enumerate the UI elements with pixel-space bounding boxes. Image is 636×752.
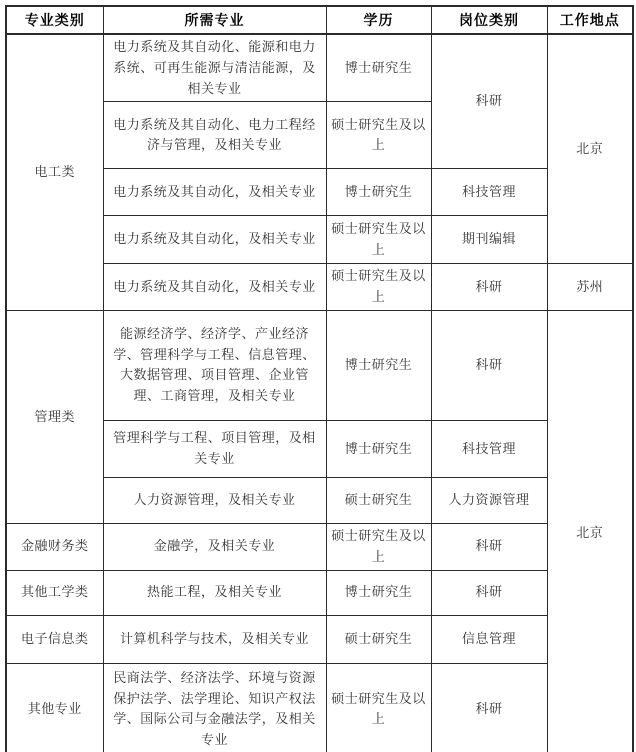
major-cell: 电力系统及其自动化，及相关专业 xyxy=(103,216,326,264)
major-cell: 能源经济学、经济学、产业经济学、管理科学与工程、信息管理、大数据管理、项目管理、… xyxy=(103,310,326,420)
major-cell: 电力系统及其自动化、能源和电力系统、可再生能源与清洁能源，及相关专业 xyxy=(103,34,326,102)
location-cell: 北京 xyxy=(547,310,633,752)
major-cell: 电力系统及其自动化，及相关专业 xyxy=(103,169,326,216)
table-row: 电工类 电力系统及其自动化、能源和电力系统、可再生能源与清洁能源，及相关专业 博… xyxy=(6,34,633,102)
position-cell: 科研 xyxy=(431,570,547,615)
recruitment-table: 专业类别 所需专业 学历 岗位类别 工作地点 电工类 电力系统及其自动化、能源和… xyxy=(5,5,634,752)
degree-cell: 硕士研究生及以上 xyxy=(326,264,431,311)
degree-cell: 博士研究生 xyxy=(326,34,431,102)
location-cell: 苏州 xyxy=(547,264,633,311)
degree-cell: 硕士研究生及以上 xyxy=(326,663,431,752)
major-cell: 人力资源管理，及相关专业 xyxy=(103,477,326,523)
position-cell: 信息管理 xyxy=(431,615,547,663)
degree-cell: 硕士研究生及以上 xyxy=(326,523,431,570)
column-header-major: 所需专业 xyxy=(103,6,326,34)
category-cell: 金融财务类 xyxy=(6,523,103,570)
table-row: 管理类 能源经济学、经济学、产业经济学、管理科学与工程、信息管理、大数据管理、项… xyxy=(6,310,633,420)
category-cell: 电工类 xyxy=(6,34,103,310)
position-cell: 人力资源管理 xyxy=(431,477,547,523)
major-cell: 民商法学、经济法学、环境与资源保护法学、法学理论、知识产权法学、国际公司与金融法… xyxy=(103,663,326,752)
position-cell: 期刊编辑 xyxy=(431,216,547,264)
degree-cell: 博士研究生 xyxy=(326,420,431,477)
degree-cell: 硕士研究生 xyxy=(326,615,431,663)
position-cell: 科研 xyxy=(431,264,547,311)
table-row: 其他工学类 热能工程，及相关专业 博士研究生 科研 xyxy=(6,570,633,615)
major-cell: 管理科学与工程、项目管理，及相关专业 xyxy=(103,420,326,477)
page: 专业类别 所需专业 学历 岗位类别 工作地点 电工类 电力系统及其自动化、能源和… xyxy=(0,0,636,752)
major-cell: 金融学，及相关专业 xyxy=(103,523,326,570)
category-cell: 电子信息类 xyxy=(6,615,103,663)
header-row: 专业类别 所需专业 学历 岗位类别 工作地点 xyxy=(6,6,633,34)
major-cell: 电力系统及其自动化、电力工程经济与管理，及相关专业 xyxy=(103,102,326,169)
column-header-category: 专业类别 xyxy=(6,6,103,34)
degree-cell: 硕士研究生及以上 xyxy=(326,216,431,264)
degree-cell: 博士研究生 xyxy=(326,310,431,420)
position-cell: 科研 xyxy=(431,663,547,752)
position-cell: 科技管理 xyxy=(431,169,547,216)
category-cell: 其他专业 xyxy=(6,663,103,752)
column-header-degree: 学历 xyxy=(326,6,431,34)
category-cell: 管理类 xyxy=(6,310,103,523)
major-cell: 电力系统及其自动化，及相关专业 xyxy=(103,264,326,311)
category-cell: 其他工学类 xyxy=(6,570,103,615)
column-header-position: 岗位类别 xyxy=(431,6,547,34)
position-cell: 科研 xyxy=(431,310,547,420)
position-cell: 科技管理 xyxy=(431,420,547,477)
degree-cell: 硕士研究生及以上 xyxy=(326,102,431,169)
column-header-location: 工作地点 xyxy=(547,6,633,34)
table-row: 金融财务类 金融学，及相关专业 硕士研究生及以上 科研 xyxy=(6,523,633,570)
table-row: 其他专业 民商法学、经济法学、环境与资源保护法学、法学理论、知识产权法学、国际公… xyxy=(6,663,633,752)
location-cell: 北京 xyxy=(547,34,633,264)
major-cell: 热能工程，及相关专业 xyxy=(103,570,326,615)
degree-cell: 博士研究生 xyxy=(326,169,431,216)
position-cell: 科研 xyxy=(431,523,547,570)
degree-cell: 博士研究生 xyxy=(326,570,431,615)
table-row: 电子信息类 计算机科学与技术，及相关专业 硕士研究生 信息管理 xyxy=(6,615,633,663)
position-cell: 科研 xyxy=(431,34,547,169)
degree-cell: 硕士研究生 xyxy=(326,477,431,523)
major-cell: 计算机科学与技术，及相关专业 xyxy=(103,615,326,663)
